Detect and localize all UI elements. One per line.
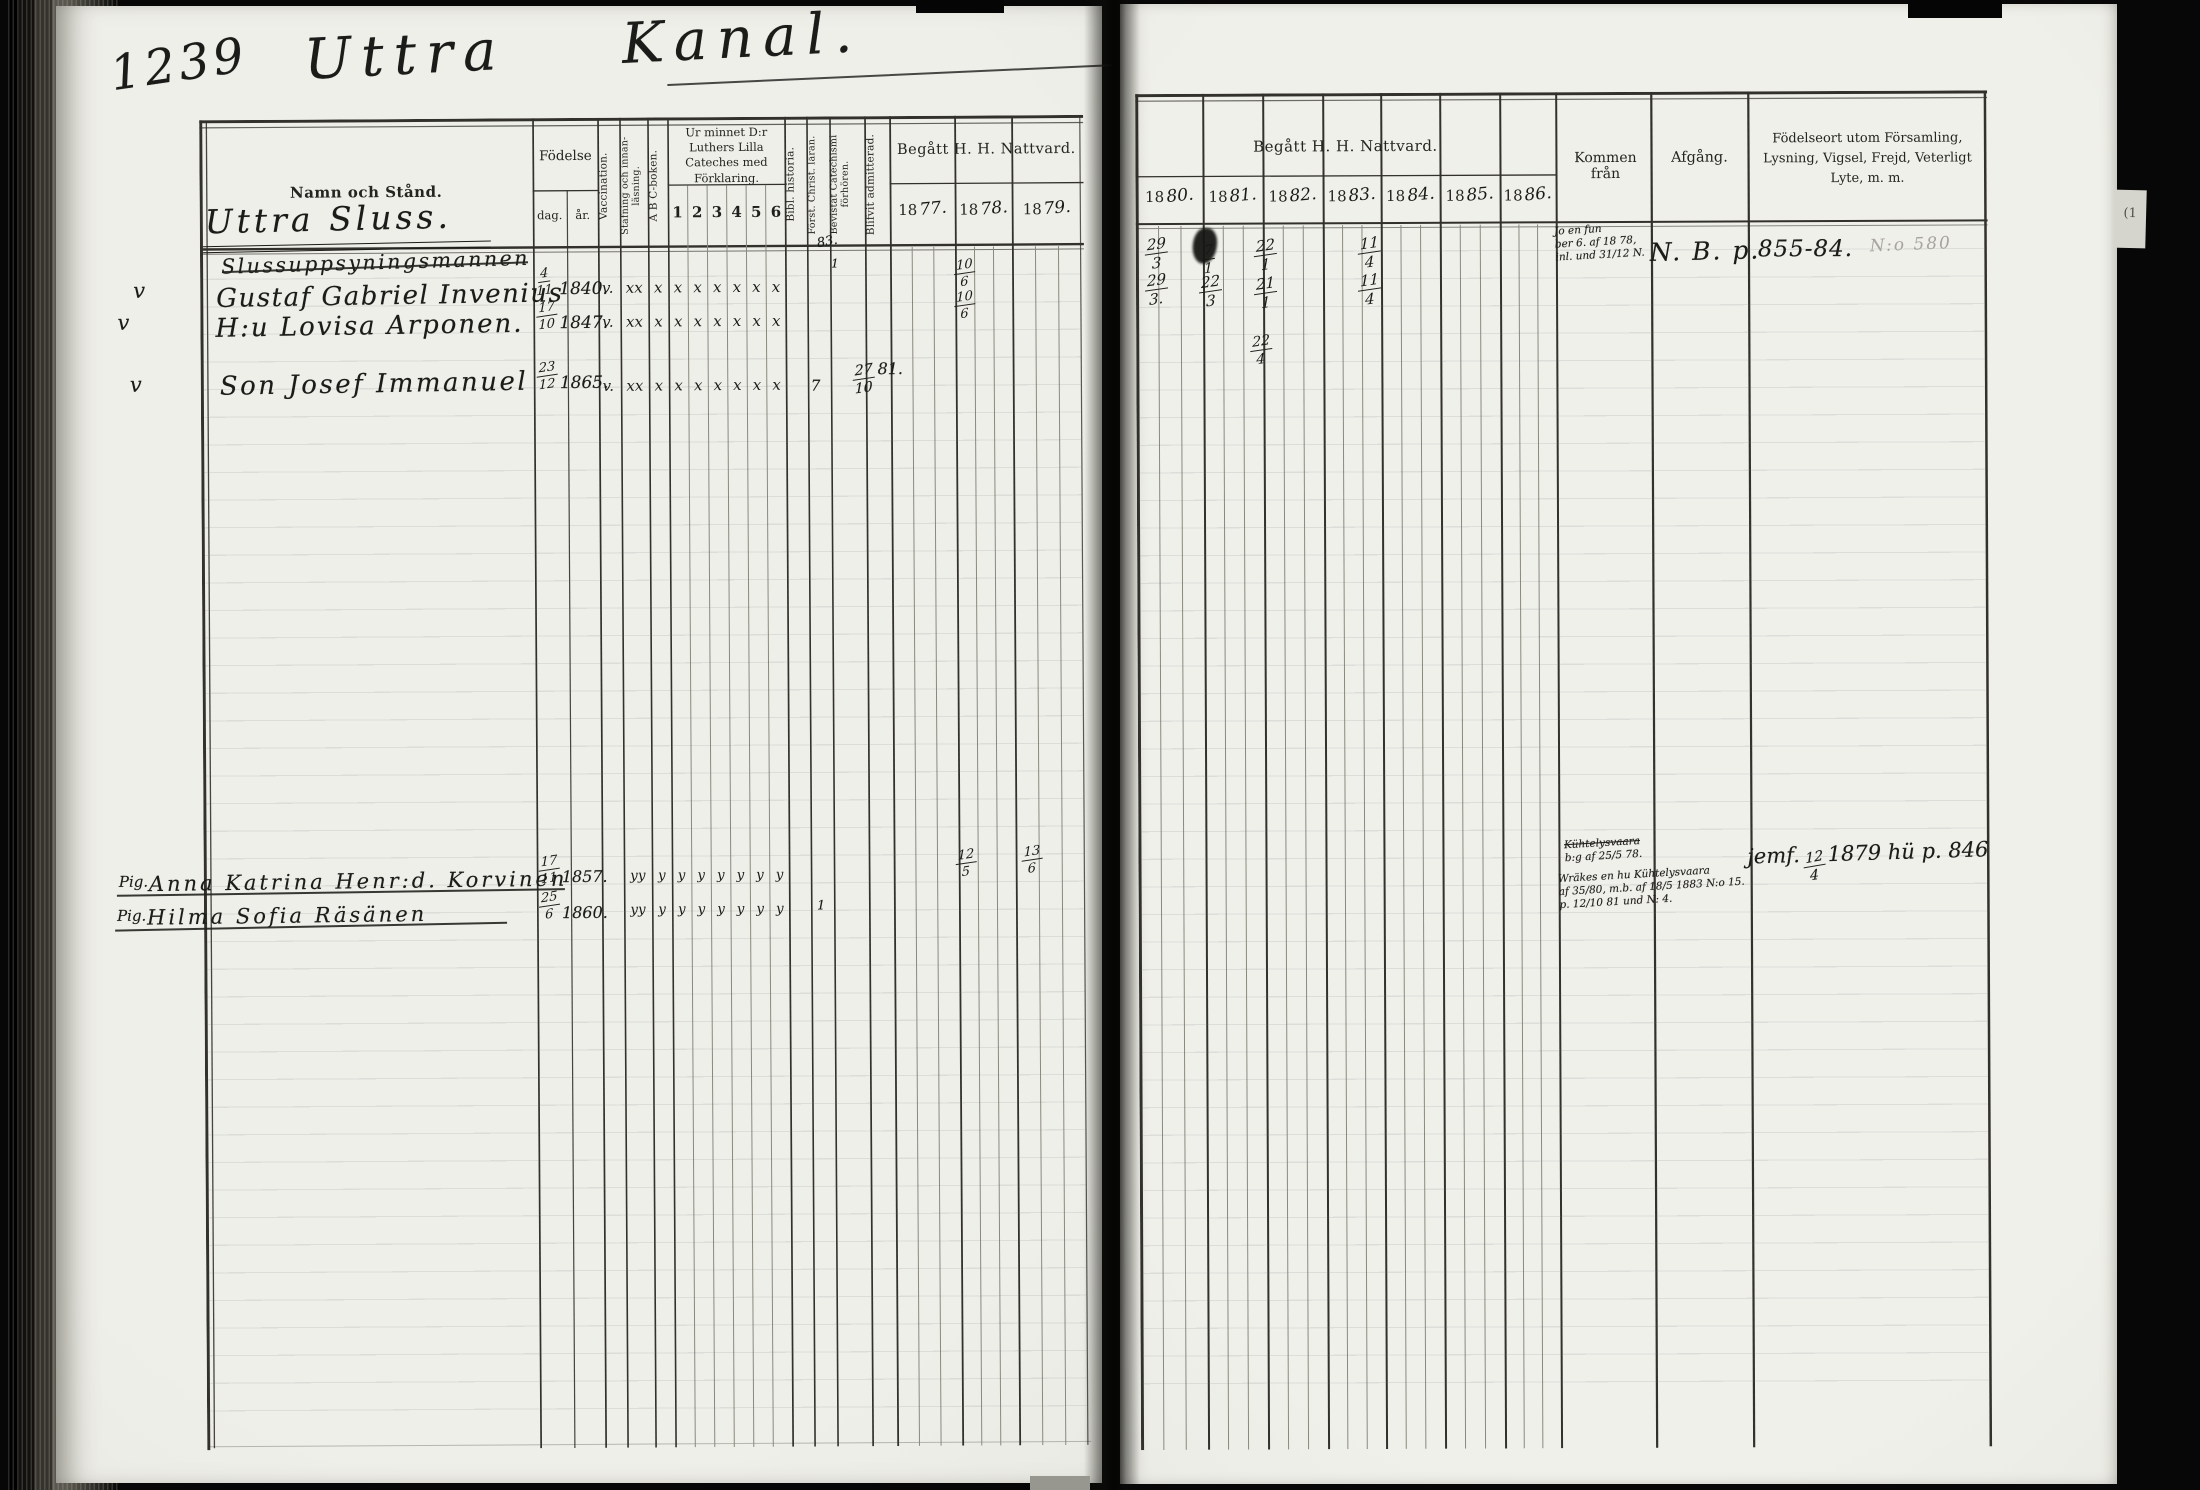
mark-cell: y — [711, 867, 731, 883]
year-1882: 1882. — [1263, 186, 1323, 206]
mark-cell: x — [688, 278, 708, 296]
mark-cell: x — [649, 376, 669, 394]
margin-abbrev: Pig. — [117, 907, 146, 925]
year-handwritten: 81. — [1227, 184, 1258, 207]
lesson-marks: yyyyyyyyy — [599, 867, 790, 884]
mark-cell — [599, 902, 624, 918]
lesson-marks: yyyyyyyyy — [599, 901, 790, 918]
column-header-vaccination: Vaccination. — [597, 130, 620, 242]
mark-cell: y — [691, 867, 711, 883]
mark-cell: xx — [621, 377, 649, 395]
column-header-catechism-meeting: Bevistat Catechismi förhören. — [828, 128, 865, 240]
communion-1881: 223 — [1199, 275, 1222, 309]
year-printed-prefix: 18 — [959, 201, 978, 219]
year-handwritten: 85. — [1464, 183, 1495, 206]
communion-1878: 106 — [954, 291, 975, 321]
page-reference: 855-84. — [1758, 236, 1853, 262]
mark-cell: y — [731, 901, 751, 917]
entry-name: H:u Lovisa Arponen. — [215, 309, 524, 344]
communion-1878: 106 — [954, 259, 975, 289]
mark-cell: x — [648, 312, 668, 330]
attended-note-2: 1 — [831, 256, 839, 270]
column-header-bible-history: Bibl. historia. — [784, 129, 807, 241]
mark-cell: v. — [596, 377, 621, 395]
kommen-note: Jo en fun ber 6. af 18 78, inl. und 31/1… — [1554, 221, 1645, 265]
year-handwritten: 84. — [1404, 184, 1435, 207]
year-handwritten: 79. — [1041, 197, 1072, 220]
year-1878: 1878. — [955, 199, 1012, 219]
mark-cell: y — [672, 901, 692, 917]
scan-edge-notch — [1908, 0, 2002, 18]
mark-cell: yy — [624, 902, 652, 918]
page-number: 1239 — [107, 27, 252, 102]
column-header-abc-book: A B C-boken. — [647, 129, 668, 241]
year-1885: 1885. — [1440, 186, 1500, 206]
margin-check: v — [130, 373, 142, 397]
bible-history-mark: 7 — [811, 377, 821, 395]
column-header-birth: Födelse — [532, 148, 598, 164]
column-header-afgang: Afgång. — [1651, 149, 1747, 165]
mark-cell: x — [688, 376, 708, 394]
mark-cell: x — [707, 278, 727, 296]
birth-day: 1711 — [539, 855, 560, 885]
year-printed-prefix: 18 — [1268, 187, 1287, 205]
birth-day: 256 — [539, 891, 560, 921]
year-handwritten: 82. — [1287, 184, 1318, 207]
right-page-content: Begått H. H. Nattvard. 1880. 1881. 1882.… — [1117, 2, 2120, 1486]
afgang-note: N. B. p. — [1650, 235, 1761, 266]
mark-cell: 2 — [687, 203, 707, 221]
year-printed-prefix: 18 — [898, 201, 917, 219]
communion-1879: 136 — [1022, 845, 1043, 875]
mark-cell: 4 — [727, 203, 747, 221]
year-1881: 1881. — [1203, 187, 1263, 207]
edge-slip: (1 — [2113, 190, 2147, 249]
mark-cell: y — [750, 867, 770, 883]
mark-cell: x — [688, 312, 708, 330]
mark-cell: x — [728, 376, 748, 394]
mark-cell: x — [708, 312, 728, 330]
year-handwritten: 78. — [977, 197, 1008, 220]
reference-note-word: jemf. — [1747, 843, 1800, 869]
column-header-birthplace: Födelseort utom Församling, Lysning, Vig… — [1751, 128, 1983, 189]
column-header-communion-left: Begått H. H. Nattvard. — [889, 141, 1083, 158]
mark-cell: x — [708, 376, 728, 394]
year-handwritten: 86. — [1522, 183, 1553, 206]
scan-edge-notch — [916, 0, 1004, 13]
column-header-catechism: Ur minnet D:r Luthers Lilla Cateches med… — [667, 125, 785, 186]
column-header-communion-right: Begått H. H. Nattvard. — [1135, 136, 1555, 156]
communion-1882: 224 — [1250, 335, 1272, 367]
mark-cell: y — [652, 901, 672, 917]
year-printed-prefix: 18 — [1145, 188, 1164, 206]
mark-cell: 3 — [707, 203, 727, 221]
mark-cell: 6 — [766, 203, 786, 221]
scan-bottom-slip — [1030, 1476, 1090, 1490]
doctrine-mark: 1 — [817, 898, 825, 913]
communion-1878: 125 — [956, 849, 977, 879]
year-printed-prefix: 18 — [1386, 187, 1405, 205]
mark-cell: v. — [595, 279, 620, 297]
mark-cell: xx — [620, 279, 648, 297]
communion-1880: 293. — [1145, 273, 1168, 307]
communion-1880: 293 — [1145, 237, 1168, 271]
catechism-subcolumns: 123456 — [668, 203, 786, 222]
mark-cell: x — [747, 312, 767, 330]
column-header-admitted: Blifvit admitterad. — [864, 128, 890, 240]
mark-cell: y — [750, 901, 770, 917]
year-printed-prefix: 18 — [1023, 200, 1042, 218]
mark-cell: x — [766, 312, 786, 330]
year-1884: 1884. — [1381, 186, 1440, 206]
mark-cell: x — [668, 312, 688, 330]
year-1880: 1880. — [1136, 187, 1203, 207]
mark-cell: x — [648, 278, 668, 296]
communion-1884: 114 — [1358, 236, 1381, 270]
mark-cell: y — [731, 867, 751, 883]
mark-cell: x — [727, 278, 747, 296]
birth-day: 411 — [536, 267, 553, 297]
mark-cell: 5 — [746, 203, 766, 221]
mark-cell: y — [770, 901, 790, 917]
column-header-kommen: Kommen från — [1559, 150, 1651, 182]
pencil-reference: N:o 580 — [1869, 233, 1952, 256]
admitted-year: 81. — [877, 359, 903, 378]
year-printed-prefix: 18 — [1445, 187, 1464, 205]
mark-cell: x — [747, 278, 767, 296]
year-1877: 1877. — [890, 200, 955, 220]
column-header-birth-year: år. — [567, 208, 599, 222]
kommen-note: Kühtelysvaara b:g af 25/5 78. — [1564, 835, 1643, 866]
admitted-date: 271081. — [850, 359, 903, 395]
mark-cell: xx — [620, 313, 648, 331]
margin-check: v — [117, 311, 129, 335]
reference-note-date: 124 — [1803, 850, 1826, 882]
mark-cell: x — [668, 278, 688, 296]
entry-name: Son Josef Immanuel — [220, 367, 529, 402]
year-handwritten: 77. — [916, 198, 947, 221]
year-printed-prefix: 18 — [1327, 187, 1346, 205]
mark-cell: yy — [624, 868, 652, 884]
column-header-spelling: Stafning och innan-läsning. — [619, 130, 649, 242]
mark-cell: y — [652, 867, 672, 883]
right-page: Begått H. H. Nattvard. 1880. 1881. 1882.… — [1120, 4, 2117, 1484]
mark-cell: y — [692, 901, 712, 917]
section-title: Uttra Sluss. — [204, 197, 452, 242]
column-header-birth-day: dag. — [533, 208, 567, 222]
birth-day: 2312 — [537, 361, 558, 391]
left-page: 1239 Uttra Kanal. — [56, 6, 1102, 1483]
lesson-marks: v.xxxxxxxxx — [595, 278, 786, 297]
year-printed-prefix: 18 — [1208, 188, 1227, 206]
mark-cell — [599, 868, 624, 884]
year-handwritten: 83. — [1346, 184, 1377, 207]
margin-abbrev: Pig. — [119, 873, 148, 891]
lesson-marks: v.xxxxxxxxx — [595, 312, 786, 331]
year-1883: 1883. — [1323, 186, 1381, 206]
mark-cell: x — [727, 312, 747, 330]
year-1879: 1879. — [1012, 199, 1082, 219]
edge-mark: (1 — [2123, 206, 2137, 221]
mark-cell: x — [767, 376, 787, 394]
year-printed-prefix: 18 — [1503, 186, 1522, 204]
mark-cell: 1 — [668, 203, 688, 221]
mark-cell: x — [747, 376, 767, 394]
mark-cell: y — [672, 867, 692, 883]
communion-1882: 221 — [1254, 238, 1277, 272]
lesson-marks: v.xxxxxxxxx — [596, 376, 787, 395]
reference-note: jemf.1241879 hü p. 846 — [1747, 837, 1989, 884]
year-1886: 1886. — [1500, 185, 1556, 205]
year-handwritten: 80. — [1163, 185, 1194, 208]
mark-cell: x — [669, 376, 689, 394]
left-page-content: 1239 Uttra Kanal. — [51, 3, 1106, 1486]
mark-cell: y — [770, 867, 790, 883]
column-header-christian-doctrine: Först. Christ. läran. — [806, 128, 830, 240]
birth-day: 1710 — [536, 301, 557, 331]
mark-cell: v. — [595, 313, 620, 331]
mark-cell: x — [766, 278, 786, 296]
communion-1882: 211 — [1254, 276, 1277, 310]
margin-check: v — [133, 279, 145, 303]
reference-note-word: 1879 hü p. 846 — [1827, 837, 1988, 866]
book-scan: 1239 Uttra Kanal. — [0, 0, 2200, 1490]
communion-1884: 114 — [1358, 273, 1381, 307]
admitted-day: 2710 — [853, 363, 875, 395]
mark-cell: y — [711, 901, 731, 917]
